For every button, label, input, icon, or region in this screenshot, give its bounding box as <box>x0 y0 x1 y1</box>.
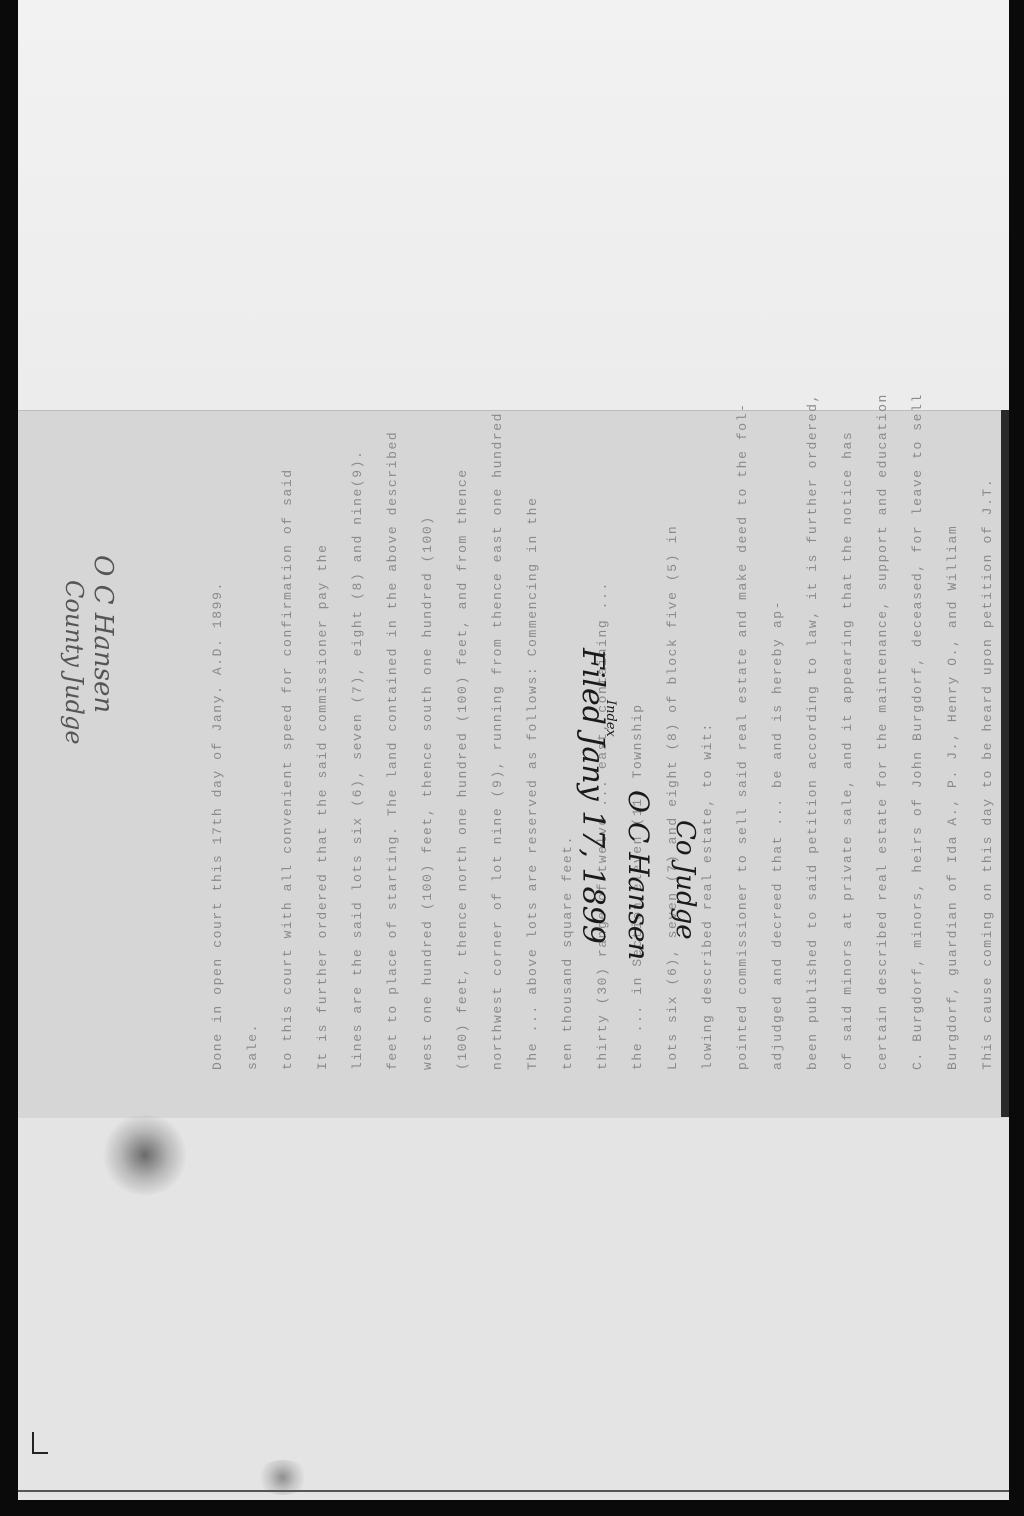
typed-line: to this court with all convenient speed … <box>280 390 295 1070</box>
typed-line: feet to place of starting. The land cont… <box>385 390 400 1070</box>
typed-line: pointed commissioner to sell said real e… <box>735 390 750 1070</box>
upper-blank-sheet <box>18 0 1009 410</box>
typed-line: Lots six (6), seven (7) and eight (8) of… <box>665 390 680 1070</box>
typed-line: west one hundred (100) feet, thence sout… <box>420 390 435 1070</box>
page-bottom-edge <box>18 1490 1009 1492</box>
typed-line: of said minors at private sale, and it a… <box>840 390 855 1070</box>
ink-smudge <box>100 1115 190 1195</box>
typed-line: (100) feet, thence north one hundred (10… <box>455 390 470 1070</box>
typed-line: certain described real estate for the ma… <box>875 390 890 1070</box>
judge-signature: O C Hansen <box>622 790 655 960</box>
typed-line: lowing described real estate, to wit: <box>700 390 715 1070</box>
typed-line: Burgdorf, guardian of Ida A., P. J., Hen… <box>945 390 960 1070</box>
typed-line: Done in open court this 17th day of Jany… <box>210 390 225 1070</box>
typed-line: The ... above lots are reserved as follo… <box>525 390 540 1070</box>
typed-line: lines are the said lots six (6), seven (… <box>350 390 365 1070</box>
typed-line: sale. <box>245 390 260 1070</box>
typed-line: been published to said petition accordin… <box>805 390 820 1070</box>
margin-mark <box>32 1432 48 1454</box>
filed-stamp: Filed Jany 17, 1899 <box>575 648 610 944</box>
typed-line: adjudged and decreed that ... be and is … <box>770 390 785 1070</box>
typed-line: the ... in Section eleven (11) Township <box>630 390 645 1070</box>
signature-title: County Judge <box>60 580 88 745</box>
typed-line: C. Burgdorf, minors, heirs of John Burgd… <box>910 390 925 1070</box>
typed-line: ten thousand square feet. <box>560 390 575 1070</box>
typed-line: It is further ordered that the said comm… <box>315 390 330 1070</box>
signature-name: O C Hansen <box>88 555 118 713</box>
typed-line: northwest corner of lot nine (9), runnin… <box>490 390 505 1070</box>
judge-title: Co Judge <box>670 820 700 940</box>
filed-annotation: Index <box>603 700 618 737</box>
typed-line: This cause coming on this day to be hear… <box>980 390 995 1070</box>
page-edge-shadow <box>1001 410 1009 1117</box>
